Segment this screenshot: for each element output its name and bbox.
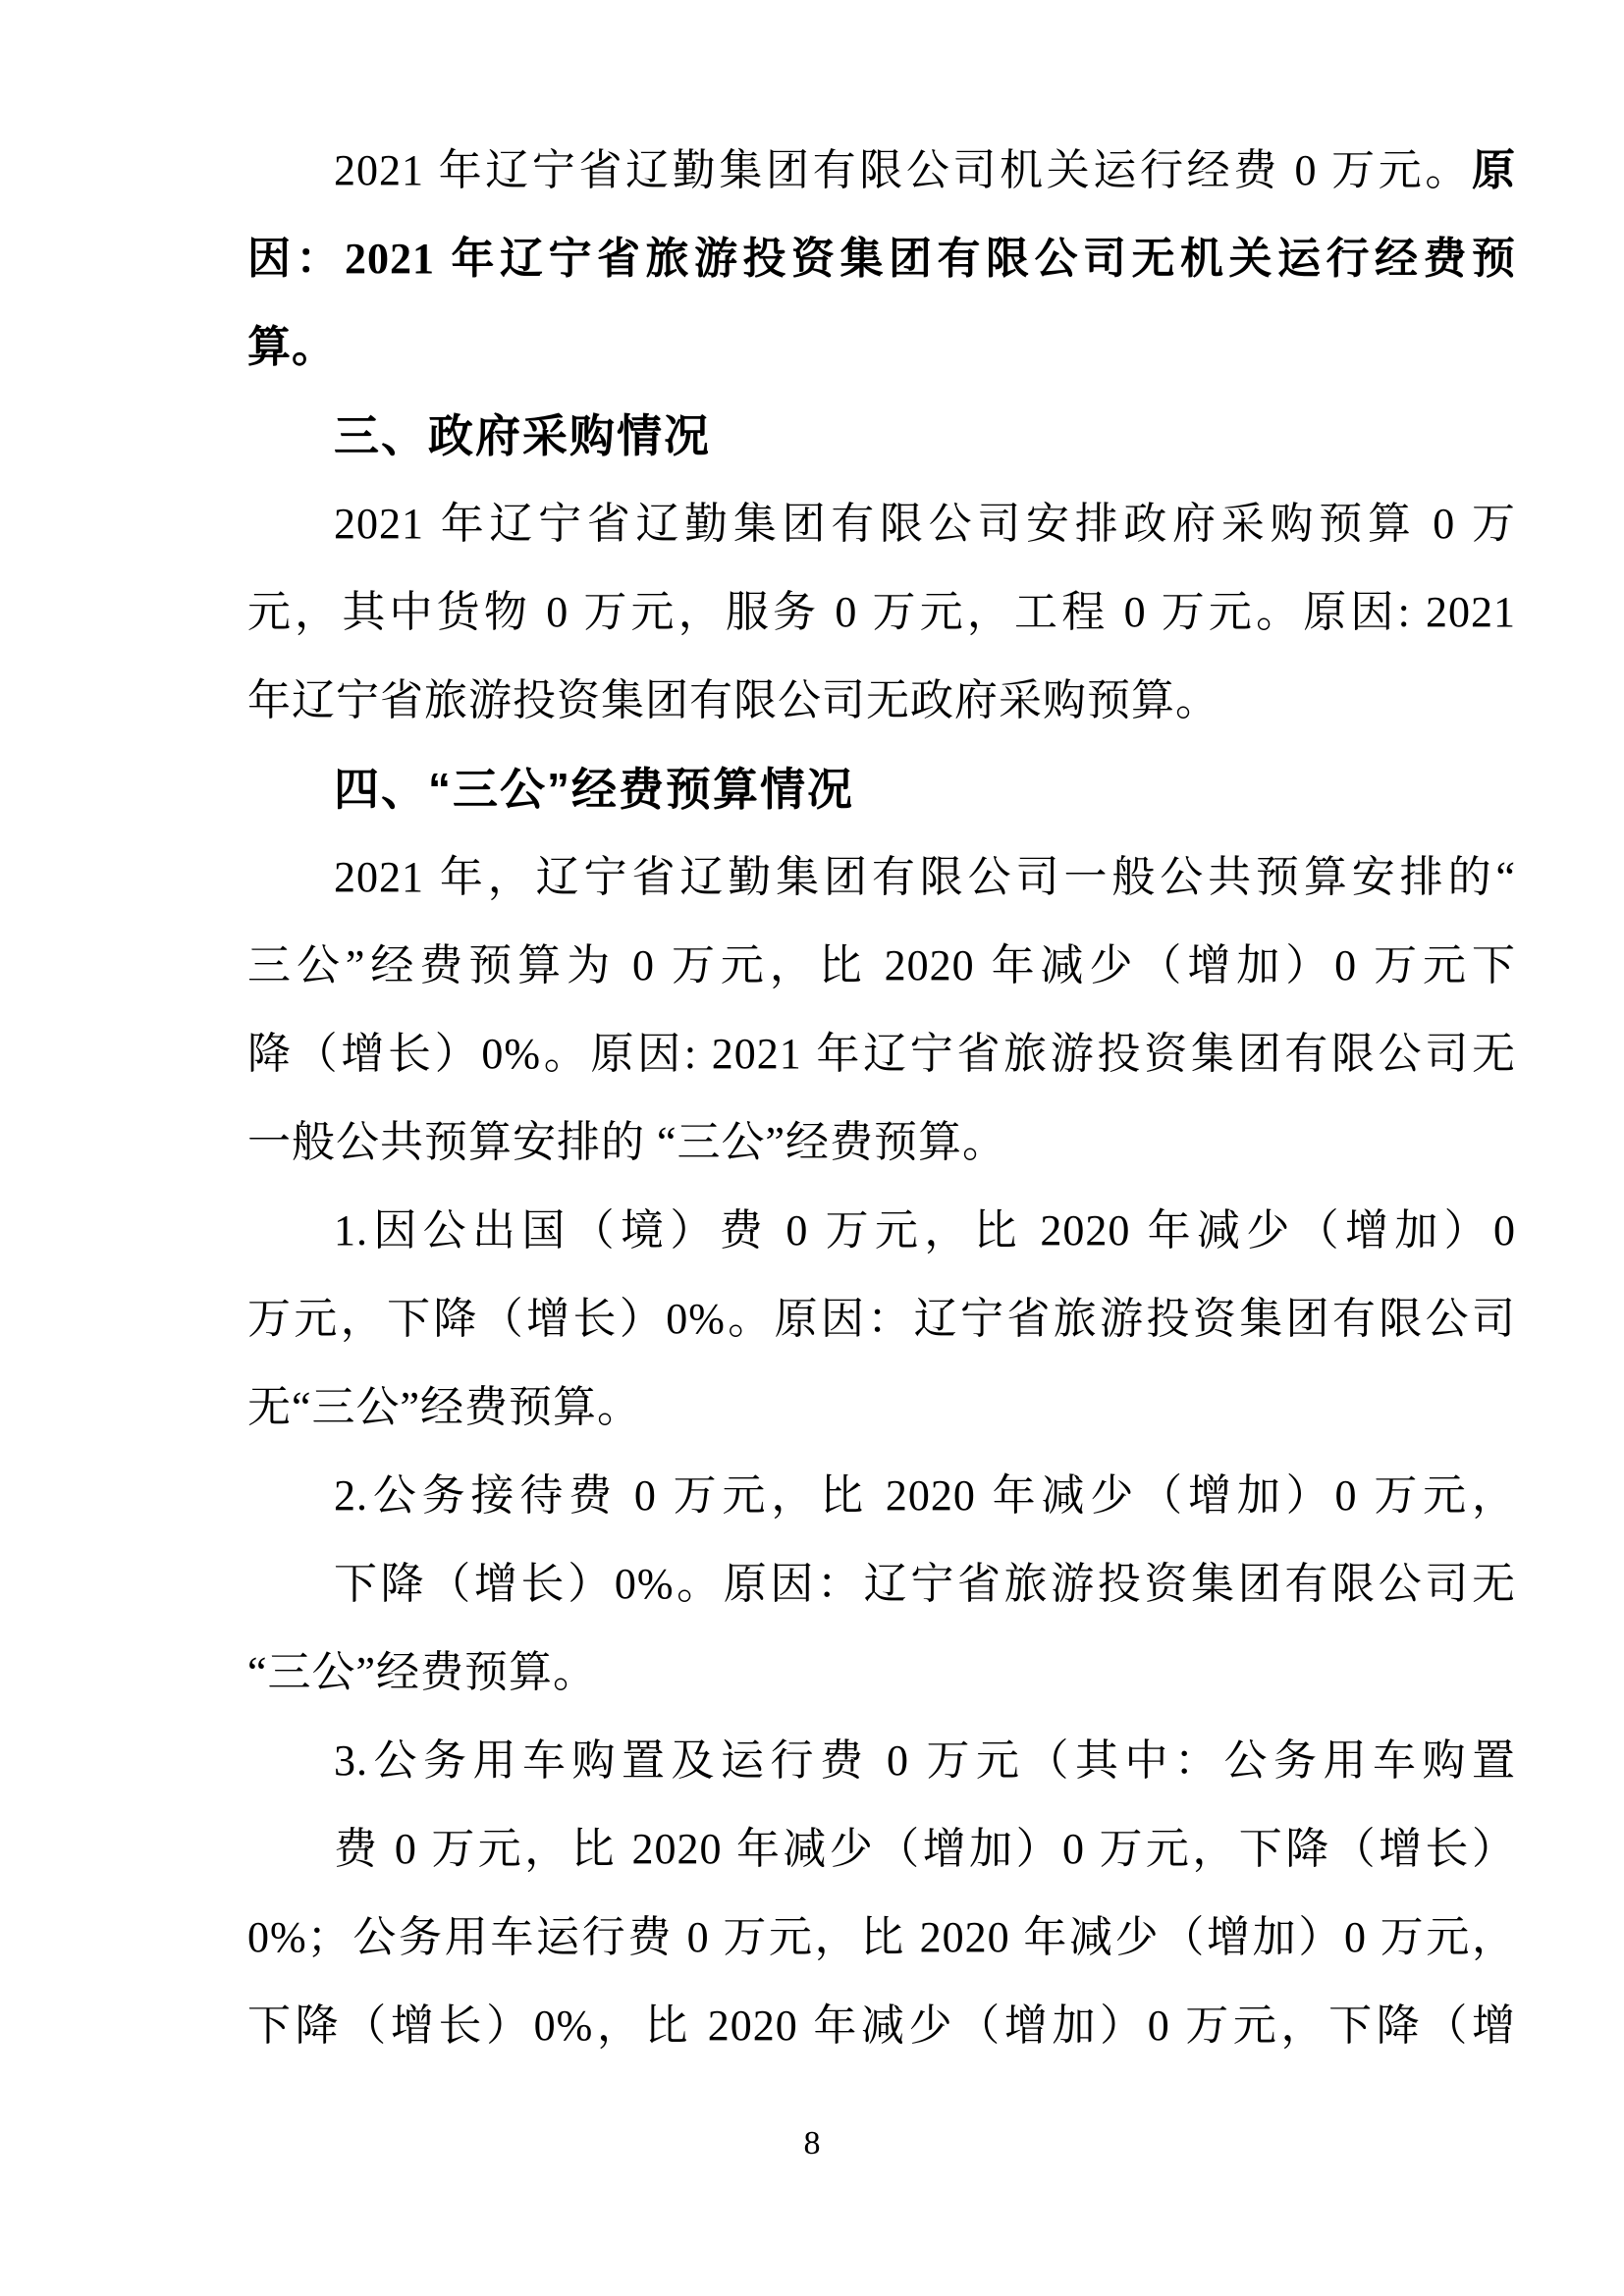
text-line: 降（增长）0%。原因: 2021 年辽宁省旅游投资集团有限公司无 [247,1010,1516,1098]
text-run: 年辽宁省旅游投资集团有限公司无政府采购预算。 [247,676,1219,724]
text-run: 0%；公务用车运行费 0 万元，比 2020 年减少（增加）0 万元， [247,1913,1516,1961]
text-line: 年辽宁省旅游投资集团有限公司无政府采购预算。 [247,657,1516,745]
text-line: 2021 年辽宁省辽勤集团有限公司安排政府采购预算 0 万 [247,480,1516,568]
text-run: 无“三公”经费预算。 [247,1383,641,1431]
bold-text-run: 原 [1472,146,1516,194]
text-run: 2021 年辽宁省辽勤集团有限公司安排政府采购预算 0 万 [334,500,1516,548]
text-run: 下降（增长）0%，比 2020 年减少（增加）0 万元，下降（增 [247,2002,1516,2050]
text-run: 1.因公出国（境）费 0 万元，比 2020 年减少（增加）0 [334,1206,1516,1255]
text-run: 降（增长）0%。原因: 2021 年辽宁省旅游投资集团有限公司无 [247,1030,1516,1078]
page-number: 8 [0,2122,1624,2165]
text-line: 2.公务接待费 0 万元，比 2020 年减少（增加）0 万元， [247,1452,1516,1540]
text-run: 2021 年，辽宁省辽勤集团有限公司一般公共预算安排的“ [334,853,1516,901]
text-line: 2021 年，辽宁省辽勤集团有限公司一般公共预算安排的“ [247,833,1516,922]
document-body: 2021 年辽宁省辽勤集团有限公司机关运行经费 0 万元。原因：2021 年辽宁… [247,127,1516,2070]
text-line: 费 0 万元，比 2020 年减少（增加）0 万元，下降（增长） [247,1805,1516,1894]
text-line: 一般公共预算安排的 “三公”经费预算。 [247,1098,1516,1187]
text-run: 元，其中货物 0 万元，服务 0 万元，工程 0 万元。原因: 2021 [247,588,1516,636]
text-line: 0%；公务用车运行费 0 万元，比 2020 年减少（增加）0 万元， [247,1894,1516,1982]
text-run: 四、“三公”经费预算情况 [334,764,854,815]
text-line: 2021 年辽宁省辽勤集团有限公司机关运行经费 0 万元。原 [247,127,1516,215]
text-run: 2021 年辽宁省辽勤集团有限公司机关运行经费 0 万元。 [334,146,1472,194]
text-line: 万元，下降（增长）0%。原因：辽宁省旅游投资集团有限公司 [247,1275,1516,1363]
text-line: 1.因公出国（境）费 0 万元，比 2020 年减少（增加）0 [247,1187,1516,1275]
section-heading: 四、“三公”经费预算情况 [247,745,1516,833]
text-run: 3.公务用车购置及运行费 0 万元（其中：公务用车购置 [334,1736,1516,1785]
text-run: 2.公务接待费 0 万元，比 2020 年减少（增加）0 万元， [334,1471,1516,1520]
text-run: 费 0 万元，比 2020 年减少（增加）0 万元，下降（增长） [334,1825,1516,1873]
text-line: “三公”经费预算。 [247,1629,1516,1717]
text-run: 三、政府采购情况 [334,410,711,461]
text-line: 因：2021 年辽宁省旅游投资集团有限公司无机关运行经费预 [247,215,1516,303]
section-heading: 三、政府采购情况 [247,392,1516,480]
text-run: 三公”经费预算为 0 万元，比 2020 年减少（增加）0 万元下 [247,941,1516,989]
text-line: 算。 [247,303,1516,392]
text-line: 3.公务用车购置及运行费 0 万元（其中：公务用车购置 [247,1717,1516,1805]
text-run: 下降（增长）0%。原因：辽宁省旅游投资集团有限公司无 [334,1560,1516,1608]
text-line: 下降（增长）0%。原因：辽宁省旅游投资集团有限公司无 [247,1540,1516,1629]
text-run: 因：2021 年辽宁省旅游投资集团有限公司无机关运行经费预 [247,235,1516,283]
text-line: 无“三公”经费预算。 [247,1363,1516,1452]
text-run: 一般公共预算安排的 “三公”经费预算。 [247,1118,1006,1166]
text-run: 万元，下降（增长）0%。原因：辽宁省旅游投资集团有限公司 [247,1295,1516,1343]
document-page: 2021 年辽宁省辽勤集团有限公司机关运行经费 0 万元。原因：2021 年辽宁… [0,0,1624,2296]
text-line: 元，其中货物 0 万元，服务 0 万元，工程 0 万元。原因: 2021 [247,568,1516,657]
text-run: “三公”经费预算。 [247,1648,597,1696]
text-run: 算。 [247,323,336,371]
text-line: 下降（增长）0%，比 2020 年减少（增加）0 万元，下降（增 [247,1982,1516,2070]
text-line: 三公”经费预算为 0 万元，比 2020 年减少（增加）0 万元下 [247,922,1516,1010]
